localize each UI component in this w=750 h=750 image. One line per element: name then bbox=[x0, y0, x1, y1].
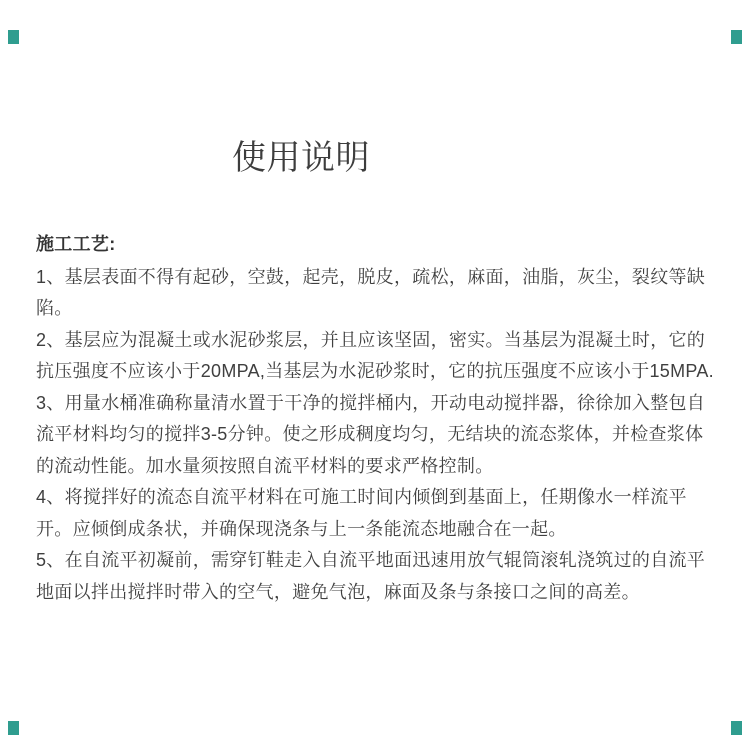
corner-marker-top-left bbox=[8, 30, 19, 44]
section-heading: 施工工艺: bbox=[36, 229, 736, 261]
corner-marker-bottom-left bbox=[8, 721, 19, 735]
page-title: 使用说明 bbox=[232, 139, 370, 178]
instruction-item-5: 5、在自流平初凝前，需穿钉鞋走入自流平地面迅速用放气辊筒滚轧浇筑过的自流平 地面… bbox=[36, 545, 736, 608]
instruction-item-1: 1、基层表面不得有起砂，空鼓，起壳，脱皮，疏松，麻面，油脂，灰尘，裂纹等缺 陷。 bbox=[36, 262, 736, 325]
corner-marker-bottom-right bbox=[731, 721, 742, 735]
instruction-item-4: 4、将搅拌好的流态自流平材料在可施工时间内倾倒到基面上，任期像水一样流平 开。应… bbox=[36, 482, 736, 545]
corner-marker-top-right bbox=[731, 30, 742, 44]
instructions-body: 施工工艺: 1、基层表面不得有起砂，空鼓，起壳，脱皮，疏松，麻面，油脂，灰尘，裂… bbox=[36, 229, 736, 608]
instruction-page: 使用说明 施工工艺: 1、基层表面不得有起砂，空鼓，起壳，脱皮，疏松，麻面，油脂… bbox=[0, 0, 750, 750]
instruction-item-2: 2、基层应为混凝土或水泥砂浆层，并且应该坚固，密实。当基层为混凝土时，它的 抗压… bbox=[36, 325, 736, 388]
instruction-item-3: 3、用量水桶准确称量清水置于干净的搅拌桶内，开动电动搅拌器，徐徐加入整包自 流平… bbox=[36, 388, 736, 483]
